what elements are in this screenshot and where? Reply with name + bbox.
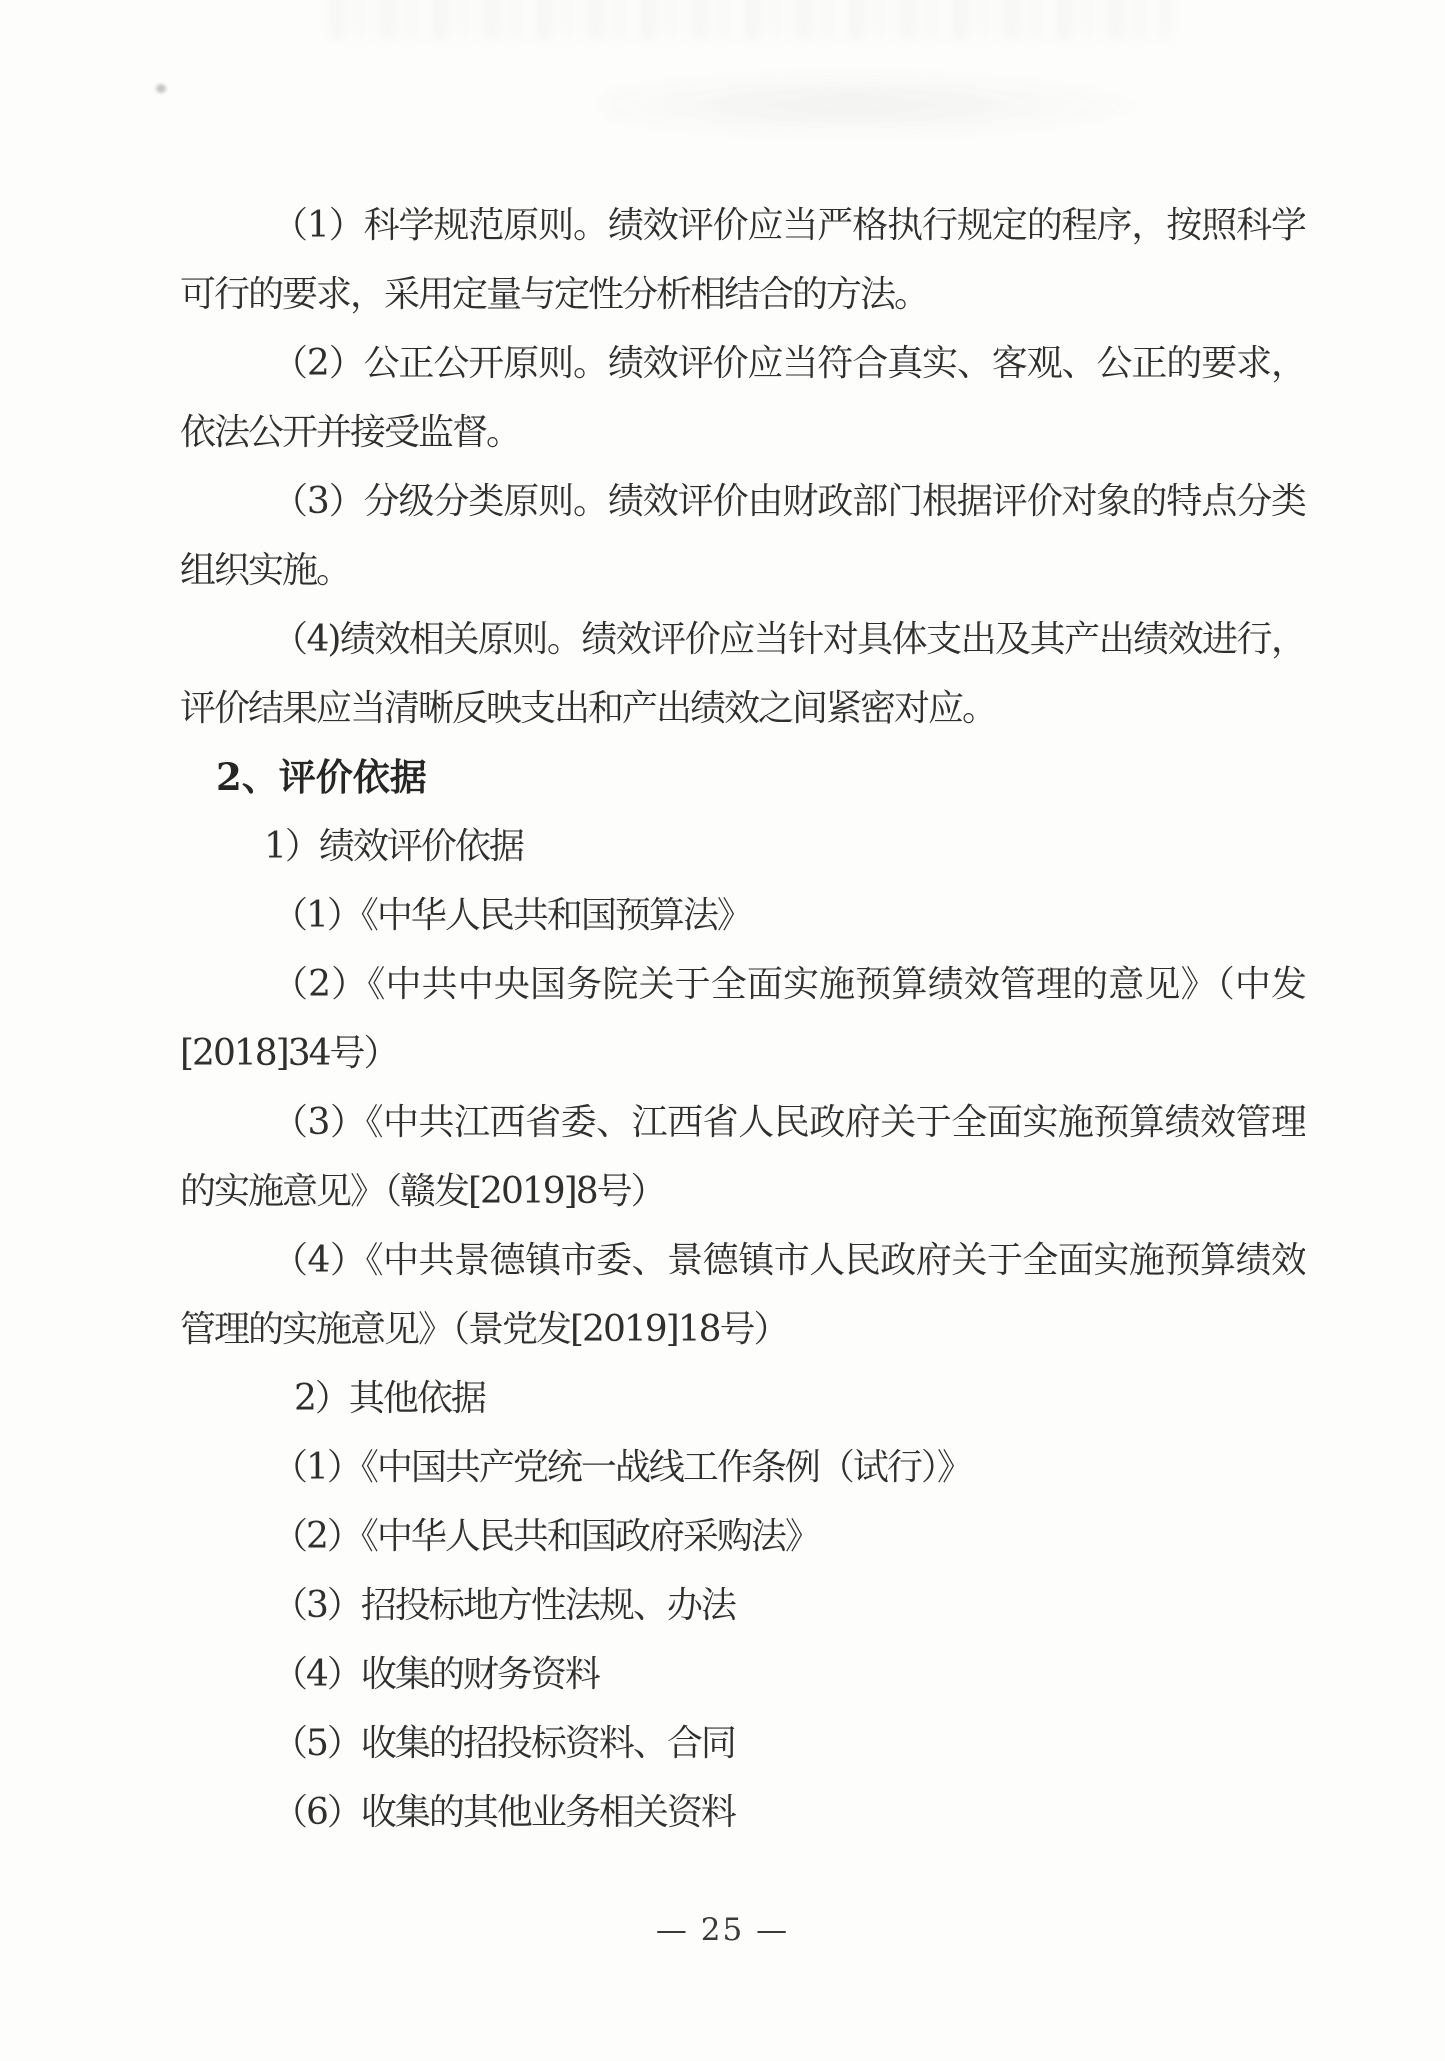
subsection-heading: 2）其他依据 xyxy=(180,1364,1305,1433)
scan-bleedthrough-artifact xyxy=(600,70,1160,140)
doc-line: （4）收集的财务资料 xyxy=(180,1640,1305,1709)
doc-line: 管理的实施意见》（景党发[2019]18号） xyxy=(180,1295,1305,1364)
section-heading: 2、评价依据 xyxy=(180,743,1305,812)
subsection-heading: 1）绩效评价依据 xyxy=(180,812,1305,881)
doc-line: 的实施意见》（赣发[2019]8号） xyxy=(180,1157,1305,1226)
doc-line: （3）分级分类原则。绩效评价由财政部门根据评价对象的特点分类 xyxy=(180,467,1305,536)
scan-bleedthrough-artifact xyxy=(330,0,1170,40)
doc-line: （3）《中共江西省委、江西省人民政府关于全面实施预算绩效管理 xyxy=(180,1088,1305,1157)
doc-line: （4）《中共景德镇市委、景德镇市人民政府关于全面实施预算绩效 xyxy=(180,1226,1305,1295)
doc-line: [2018]34号） xyxy=(180,1019,1305,1088)
scan-speck-artifact xyxy=(156,84,166,93)
doc-line: （1）科学规范原则。绩效评价应当严格执行规定的程序，按照科学 xyxy=(180,191,1305,260)
doc-line: （4)绩效相关原则。绩效评价应当针对具体支出及其产出绩效进行， xyxy=(180,605,1305,674)
doc-line: （5）收集的招投标资料、合同 xyxy=(180,1709,1305,1778)
doc-line: 依法公开并接受监督。 xyxy=(180,398,1305,467)
doc-line: （2）公正公开原则。绩效评价应当符合真实、客观、公正的要求， xyxy=(180,329,1305,398)
doc-line: （2）《中华人民共和国政府采购法》 xyxy=(180,1502,1305,1571)
doc-line: （1）《中国共产党统一战线工作条例（试行）》 xyxy=(180,1433,1305,1502)
doc-line: （2）《中共中央国务院关于全面实施预算绩效管理的意见》（中发 xyxy=(180,950,1305,1019)
doc-line: （3）招投标地方性法规、办法 xyxy=(180,1571,1305,1640)
page-number: — 25 — xyxy=(0,1912,1445,1948)
doc-line: 组织实施。 xyxy=(180,536,1305,605)
doc-line: 可行的要求，采用定量与定性分析相结合的方法。 xyxy=(180,260,1305,329)
doc-line: 评价结果应当清晰反映支出和产出绩效之间紧密对应。 xyxy=(180,674,1305,743)
scanned-page: （1）科学规范原则。绩效评价应当严格执行规定的程序，按照科学 可行的要求，采用定… xyxy=(0,0,1445,2061)
doc-line: （6）收集的其他业务相关资料 xyxy=(180,1778,1305,1847)
doc-line: （1）《中华人民共和国预算法》 xyxy=(180,881,1305,950)
document-body: （1）科学规范原则。绩效评价应当严格执行规定的程序，按照科学 可行的要求，采用定… xyxy=(180,191,1305,1847)
